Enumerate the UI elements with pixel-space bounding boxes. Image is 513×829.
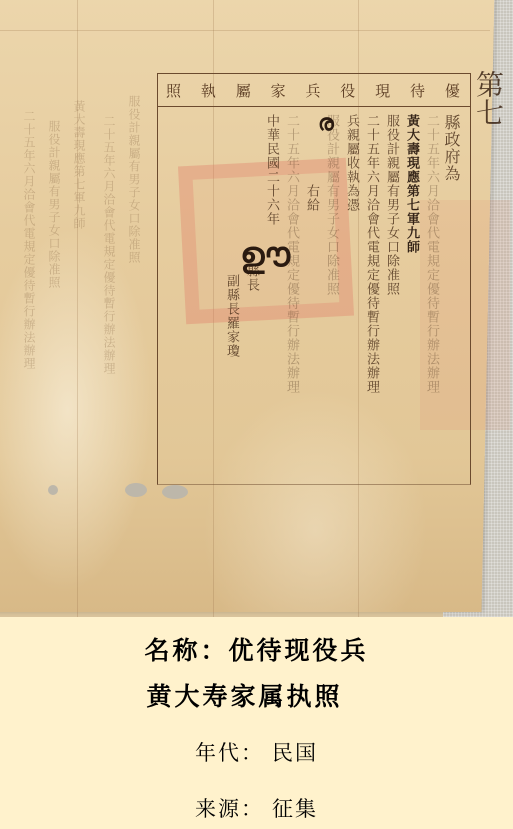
document-column: 二十五年六月洽會代電規定優待暫行辦法辦理 <box>422 114 440 478</box>
document-column: 黃大壽現應第七軍九師 <box>402 114 420 478</box>
document-column: 兵親屬收執為憑 <box>342 114 360 478</box>
bleed-through-text: 服役計親屬有男子女口除准照 <box>125 95 142 475</box>
fold-line <box>0 30 490 31</box>
era-value: 民国 <box>272 741 318 765</box>
source-value: 征集 <box>272 797 318 821</box>
caption-title-line2: 黄大寿家属执照 <box>0 677 501 713</box>
paper-damage-hole <box>162 485 188 499</box>
header-char: 待 <box>410 80 427 101</box>
paper-damage-hole <box>48 485 58 495</box>
caption-era: 年代：民国 <box>0 737 513 767</box>
bleed-through-text: 黃大壽現應第七軍九師 <box>70 100 87 480</box>
header-char: 優 <box>445 80 462 101</box>
exhibit-card: 二十五年六月洽會代電規定優待暫行辦法辦理 服役計親屬有男子女口除准照 黃大壽現應… <box>0 0 513 829</box>
document-column: 服役計親屬有男子女口除准照 <box>322 114 340 478</box>
document-frame: 優 待 現 役 兵 家 屬 執 照 縣政府為 二十五年六月洽會代電規定優待暫行辦… <box>157 73 471 485</box>
document-column: 縣長 <box>242 114 260 478</box>
caption-panel: 名称：优待现役兵 黄大寿家属执照 年代：民国 来源：征集 <box>0 617 513 829</box>
source-label: 来源： <box>195 797 264 821</box>
document-header: 優 待 現 役 兵 家 屬 執 照 <box>158 74 470 107</box>
document-column: 服役計親屬有男子女口除准照 <box>382 114 400 478</box>
document-column: 二十五年六月洽會代電規定優待暫行辦法辦理 <box>362 114 380 478</box>
handwritten-mark: ര <box>318 110 334 136</box>
bleed-through-text: 二十五年六月洽會代電規定優待暫行辦法辦理 <box>20 110 37 490</box>
paper-damage-hole <box>125 483 147 497</box>
artifact-photo: 二十五年六月洽會代電規定優待暫行辦法辦理 服役計親屬有男子女口除准照 黃大壽現應… <box>0 0 513 617</box>
document-column: 副縣長羅家瓊 <box>222 114 240 478</box>
header-char: 執 <box>201 80 218 101</box>
header-char: 屬 <box>236 80 253 101</box>
document-column: 中華民國二十六年 <box>262 114 280 478</box>
caption-title-line1: 名称：优待现役兵 <box>0 631 513 667</box>
era-label: 年代： <box>195 741 264 765</box>
document-column: 二十五年六月洽會代電規定優待暫行辦法辦理 <box>282 114 300 478</box>
caption-source: 来源：征集 <box>0 793 513 823</box>
document-column: 縣政府為 <box>442 114 460 478</box>
bleed-through-text: 服役計親屬有男子女口除准照 <box>45 120 62 480</box>
bleed-through-text: 二十五年六月洽會代電規定優待暫行辦法辦理 <box>100 115 117 475</box>
margin-handwriting: 第七 <box>468 70 508 370</box>
header-char: 現 <box>375 80 392 101</box>
header-char: 照 <box>166 80 183 101</box>
header-char: 兵 <box>305 80 322 101</box>
header-char: 役 <box>340 80 357 101</box>
document-column: 右給 <box>302 114 320 478</box>
handwritten-mark: ഊ <box>240 235 290 275</box>
header-char: 家 <box>271 80 288 101</box>
document-body: 縣政府為 二十五年六月洽會代電規定優待暫行辦法辦理 黃大壽現應第七軍九師 服役計… <box>158 108 470 484</box>
